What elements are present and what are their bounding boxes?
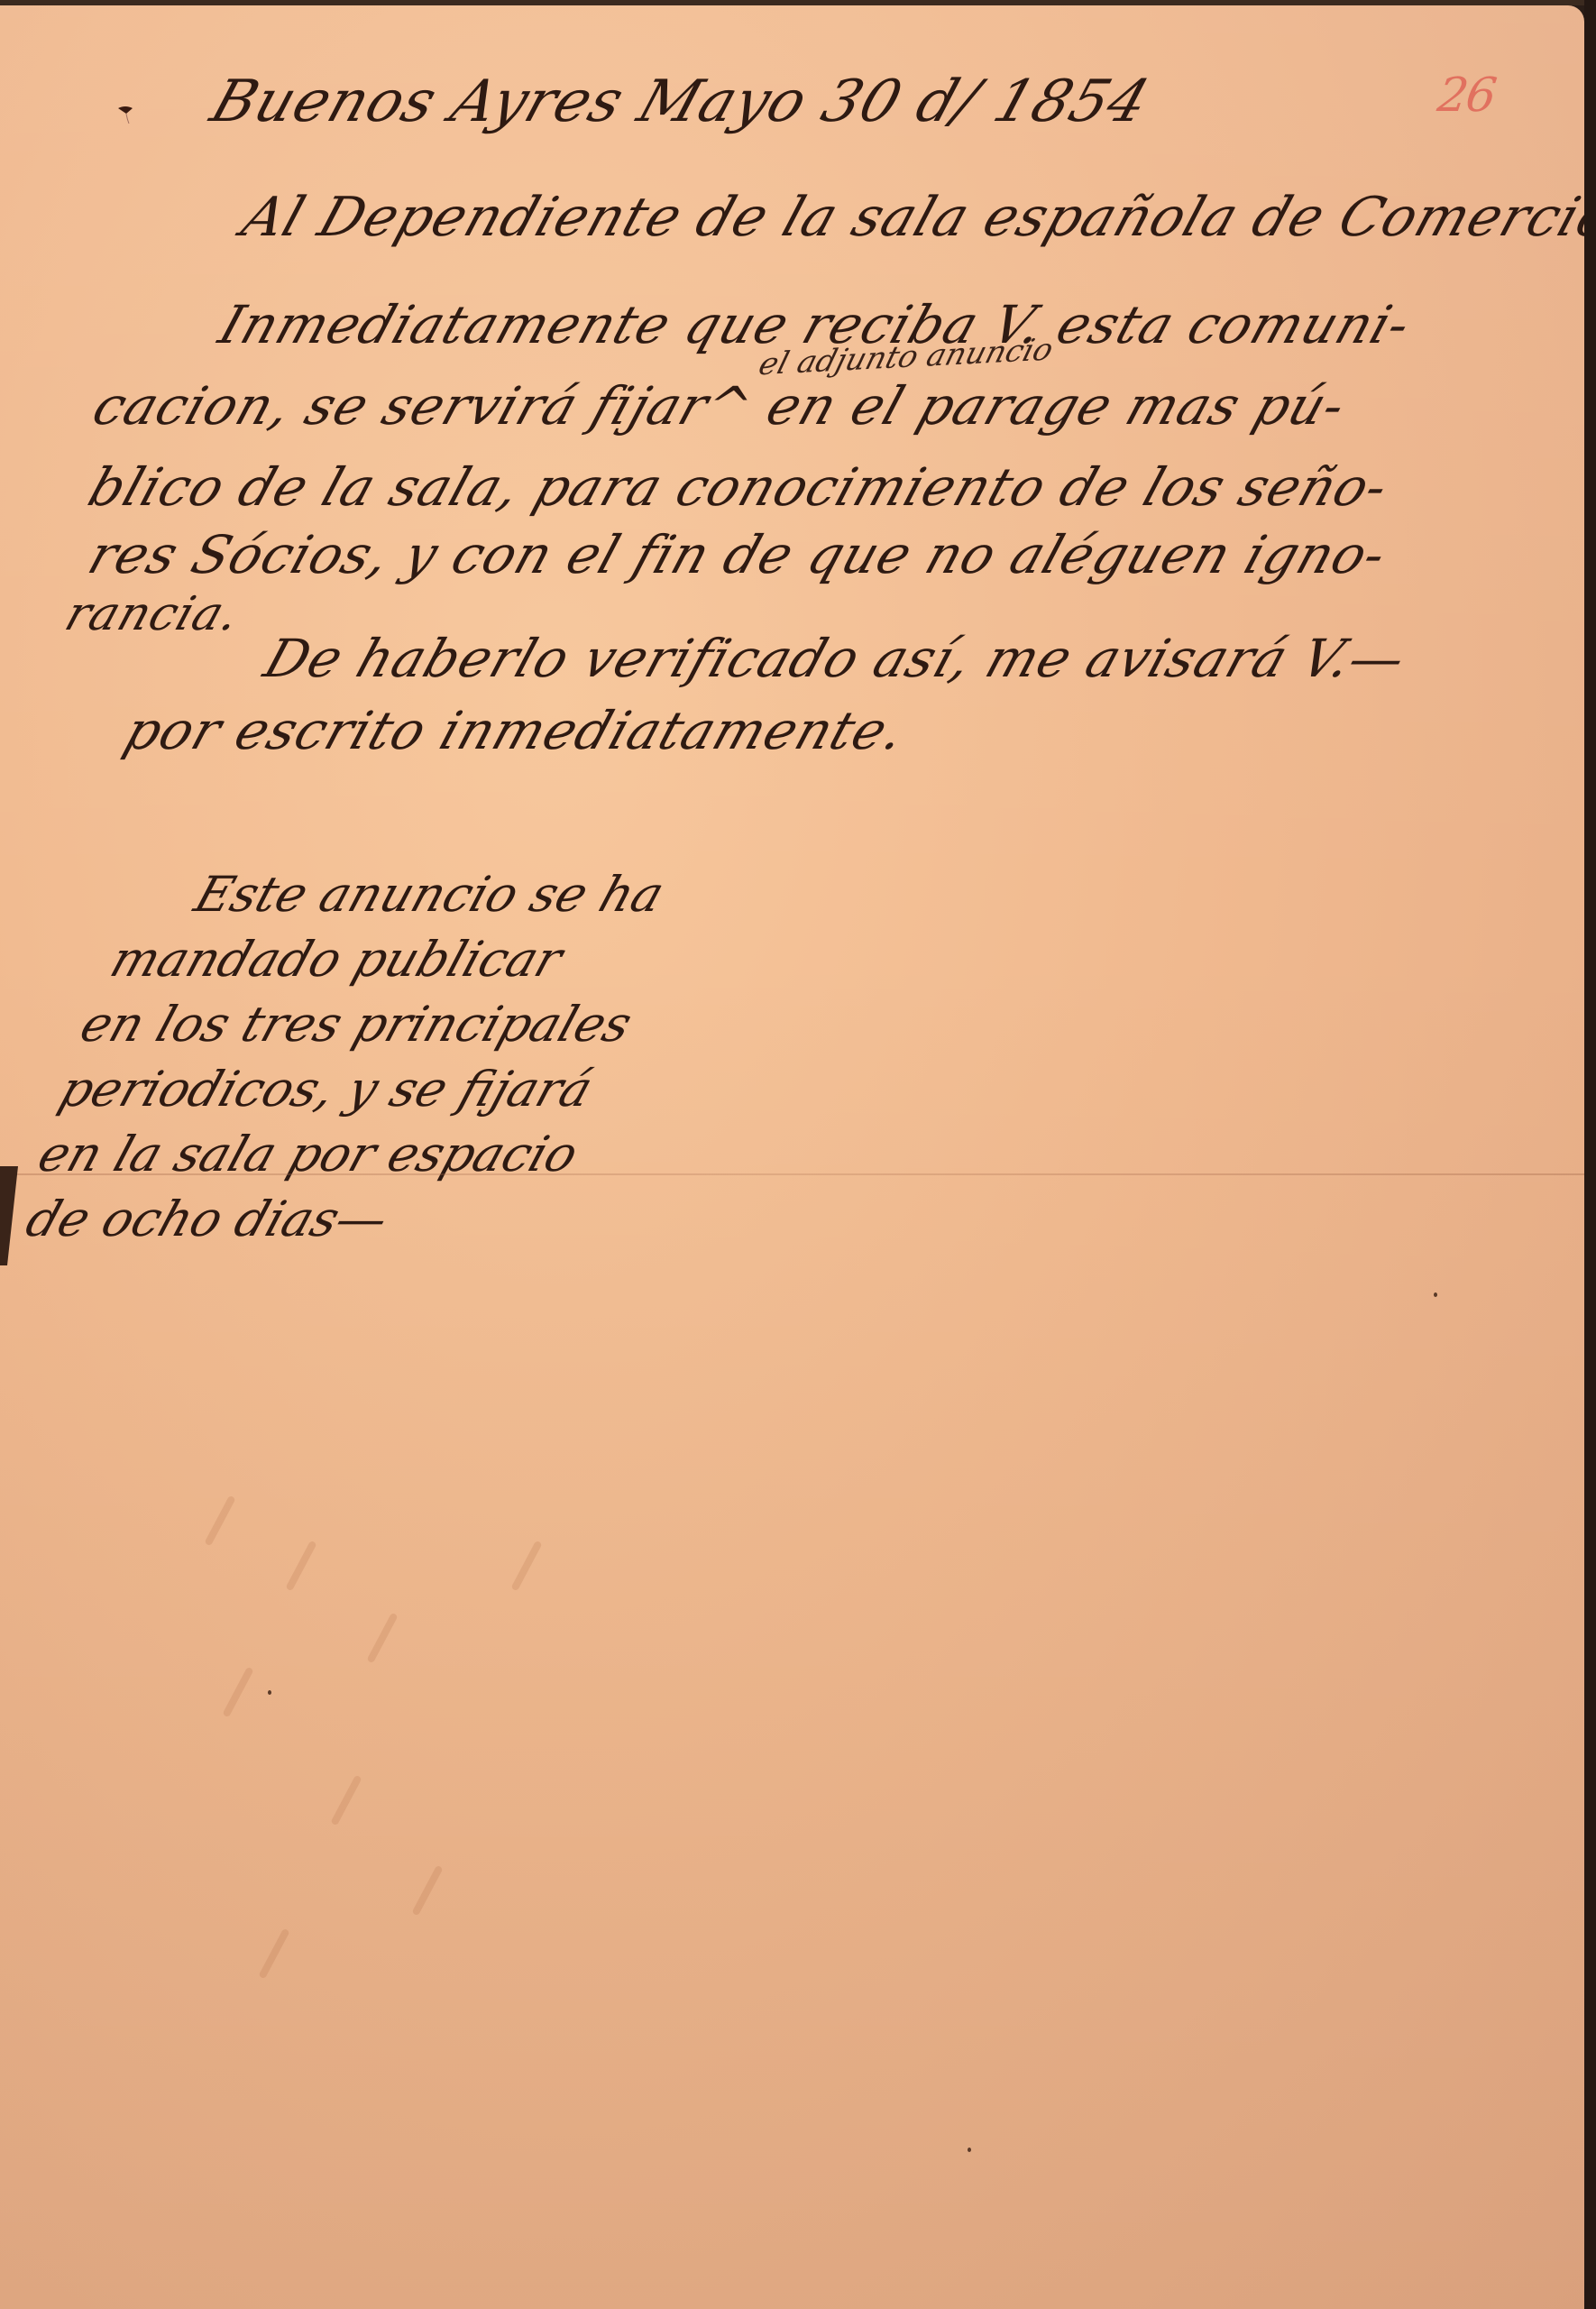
addressee-line: Al Dependiente de la sala española de Co…	[234, 186, 1584, 249]
ink-speck	[268, 1690, 271, 1695]
paragraph-2-line-2: por escrito inmediatamente.	[117, 700, 913, 761]
paragraph-1-line-5: rancia.	[59, 587, 247, 641]
bleed-through-stain	[258, 1928, 289, 1980]
pinhole-mark-icon	[115, 103, 135, 124]
margin-note-line: de ocho dias—	[9, 1187, 577, 1252]
margin-note-line: periodicos, y se fijará	[51, 1057, 619, 1122]
paragraph-1-line-2: cacion, se servirá fijar^ en el parage m…	[86, 375, 1353, 437]
paragraph-2-line-1: De haberlo verificado así, me avisará V.…	[257, 628, 1414, 689]
scan-right-edge	[1584, 0, 1596, 2309]
ink-speck	[1434, 1292, 1437, 1297]
paragraph-1-line-3: blico de la sala, para conocimiento de l…	[81, 456, 1397, 518]
manuscript-page: 26 Buenos Ayres Mayo 30 d/ 1854 Al Depen…	[0, 5, 1584, 2309]
bleed-through-stain	[510, 1541, 542, 1592]
paragraph-1-line-4: res Sócios, y con el fin de que no alégu…	[81, 524, 1395, 585]
bleed-through-stain	[366, 1613, 398, 1664]
margin-note-line: en la sala por espacio	[30, 1122, 598, 1187]
place-date-line: Buenos Ayres Mayo 30 d/ 1854	[203, 69, 1158, 135]
ink-speck	[968, 2148, 971, 2152]
folio-number: 26	[1435, 69, 1499, 123]
margin-note: Este anuncio se ha mandado publicar en l…	[9, 862, 683, 1252]
margin-note-line: mandado publicar	[93, 927, 661, 992]
bleed-through-stain	[285, 1541, 316, 1592]
bleed-through-stain	[411, 1865, 443, 1917]
margin-note-line: Este anuncio se ha	[115, 862, 683, 927]
margin-note-line: en los tres principales	[72, 992, 640, 1057]
bleed-through-stain	[330, 1775, 362, 1826]
paper-fold-line	[0, 1173, 1584, 1175]
bleed-through-stain	[204, 1495, 235, 1547]
bleed-through-stain	[222, 1667, 253, 1718]
